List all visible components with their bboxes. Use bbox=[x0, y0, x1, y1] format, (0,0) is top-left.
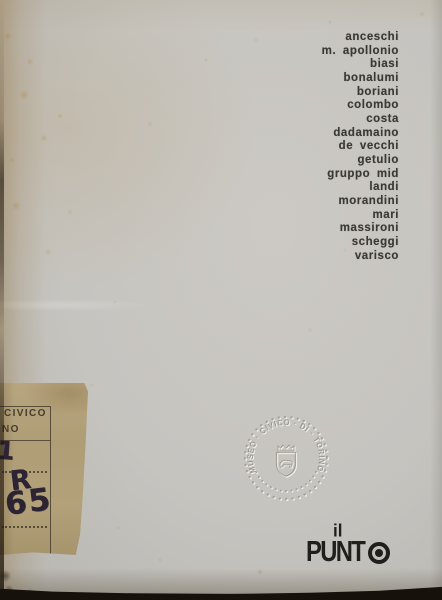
stamp-crown bbox=[278, 445, 294, 451]
publisher-logo: il PUNT bbox=[306, 523, 416, 564]
artist-name: biasi bbox=[322, 58, 399, 72]
artist-name: varisco bbox=[322, 250, 399, 264]
artist-name: m. apollonio bbox=[322, 45, 399, 59]
punto-o-dot bbox=[375, 549, 383, 557]
artist-name: de vecchi bbox=[322, 140, 399, 154]
artist-name: getulio bbox=[322, 154, 399, 168]
artist-name: bonalumi bbox=[322, 72, 399, 86]
artist-name: landi bbox=[322, 181, 399, 195]
artist-name: morandini bbox=[322, 195, 399, 209]
artist-name: gruppo mid bbox=[322, 168, 399, 182]
artist-name: anceschi bbox=[322, 31, 399, 45]
punto-o-glyph bbox=[368, 542, 390, 564]
artist-list: anceschim. apolloniobiasibonalumiboriani… bbox=[322, 31, 399, 263]
library-label: CIVICO NO 1 R 65 bbox=[0, 383, 88, 555]
handwritten-ink-mark: 1 bbox=[0, 435, 15, 465]
label-dotted-line-bottom bbox=[2, 526, 47, 528]
artist-name: scheggi bbox=[322, 236, 399, 250]
artist-name: costa bbox=[322, 113, 399, 127]
book-cover: anceschim. apolloniobiasibonalumiboriani… bbox=[0, 0, 442, 594]
artist-name: boriani bbox=[322, 86, 399, 100]
embossed-stamp: MUSEO · CIVICO · DI · TORINO MUSEO · CIV… bbox=[240, 412, 332, 504]
label-text-row1: CIVICO bbox=[4, 408, 47, 419]
corner-smudge bbox=[0, 552, 46, 596]
stamp-shield bbox=[277, 453, 296, 477]
artist-name: colombo bbox=[322, 99, 399, 113]
stamp-dot-ring bbox=[245, 417, 327, 499]
logo-punto-letters: PUNT bbox=[306, 540, 364, 564]
artist-name: dadamaino bbox=[322, 127, 399, 141]
logo-punto-text: PUNT bbox=[306, 540, 416, 564]
handwritten-shelf-number: 65 bbox=[3, 481, 54, 522]
label-text-row2: NO bbox=[2, 424, 20, 435]
artist-name: massironi bbox=[322, 222, 399, 236]
artist-name: mari bbox=[322, 209, 399, 223]
book-cover-photo: anceschim. apolloniobiasibonalumiboriani… bbox=[0, 0, 442, 600]
